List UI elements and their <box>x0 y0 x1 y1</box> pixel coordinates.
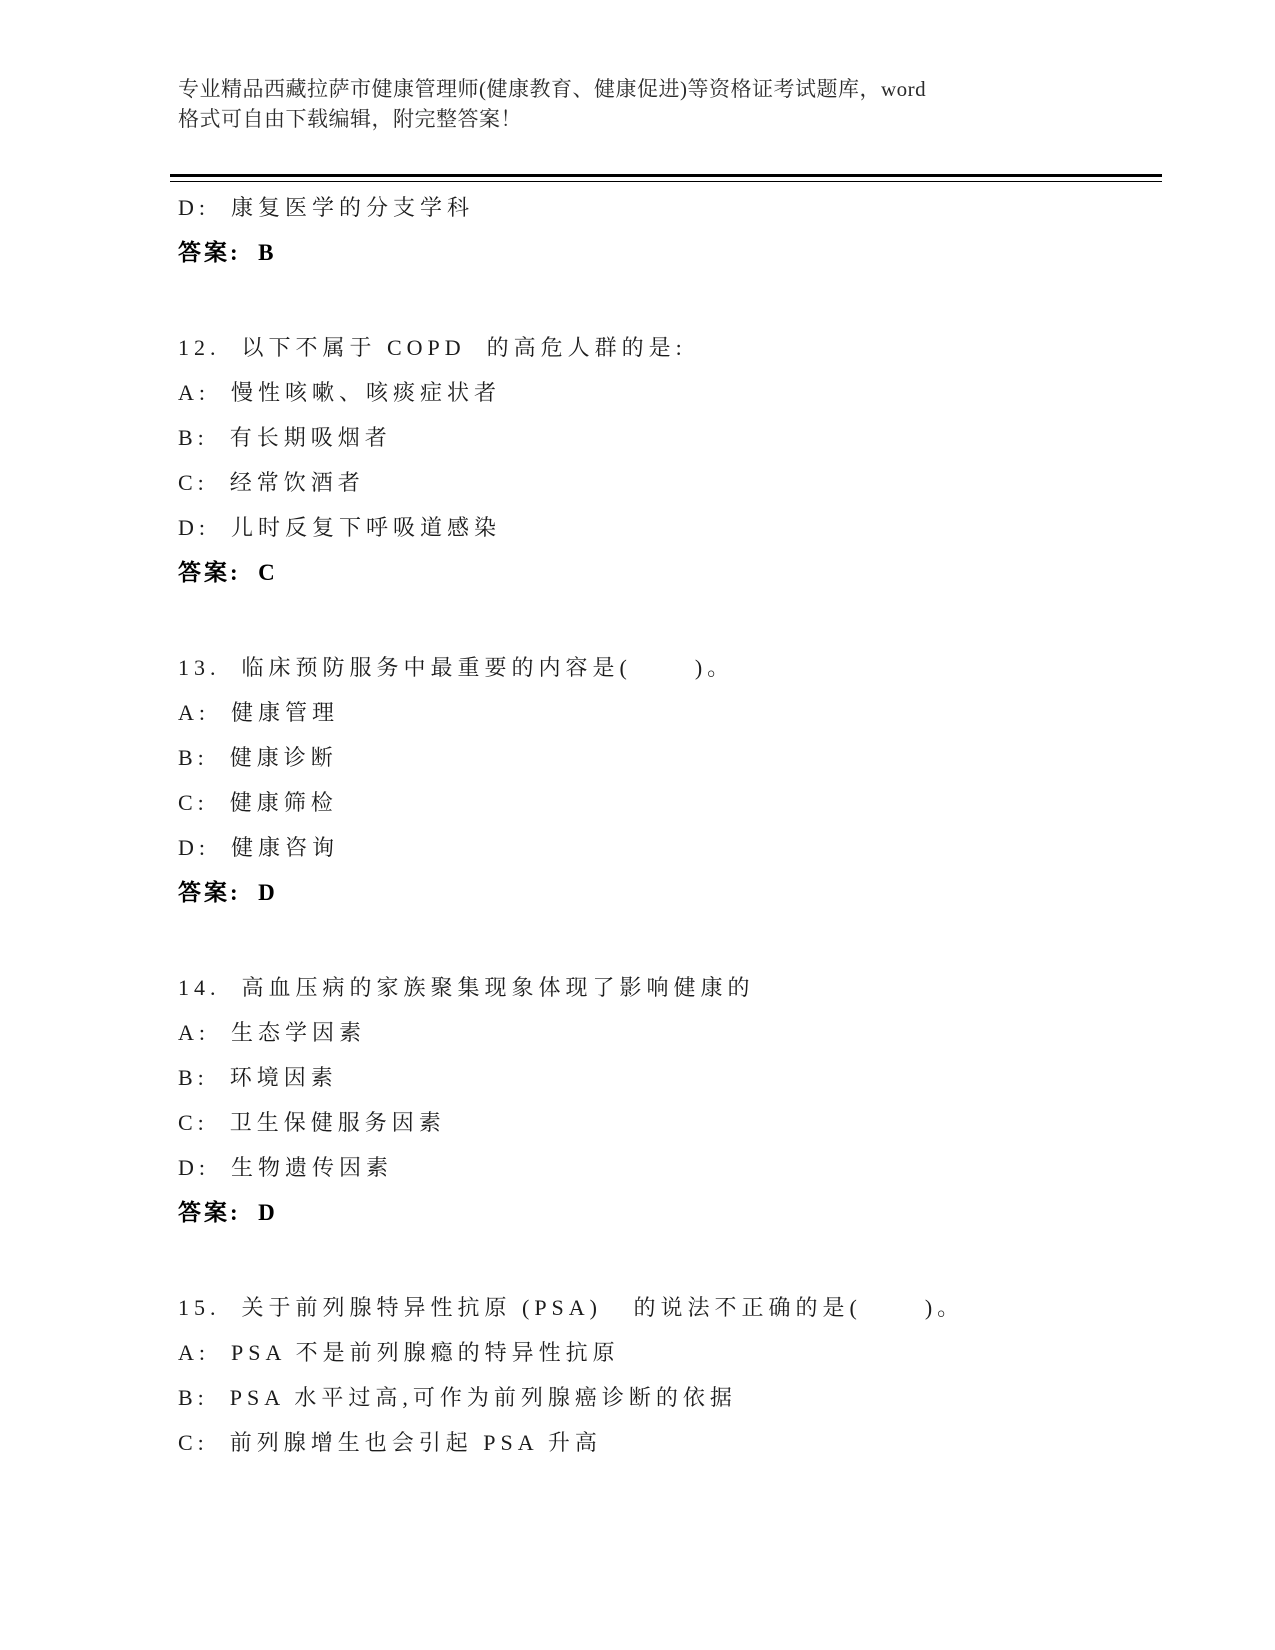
option-line-d: D: 儿时反复下呼吸道感染 <box>178 505 1198 550</box>
option-line-b: B: 健康诊断 <box>178 735 1198 780</box>
option-line-c: C: 前列腺增生也会引起 PSA 升高 <box>178 1420 1198 1465</box>
question-block-15: 15. 关于前列腺特异性抗原 (PSA) 的说法不正确的是( )。 A: PSA… <box>178 1285 1198 1465</box>
question-block-13: 13. 临床预防服务中最重要的内容是( )。 A: 健康管理 B: 健康诊断 C… <box>178 645 1198 915</box>
question-block-14: 14. 高血压病的家族聚集现象体现了影响健康的 A: 生态学因素 B: 环境因素… <box>178 965 1198 1235</box>
document-page: 专业精品西藏拉萨市健康管理师(健康教育、健康促进)等资格证考试题库，word 格… <box>0 0 1275 1650</box>
question-stem: 14. 高血压病的家族聚集现象体现了影响健康的 <box>178 965 1198 1010</box>
option-line-c: C: 经常饮酒者 <box>178 460 1198 505</box>
option-line-a: A: PSA 不是前列腺瘾的特异性抗原 <box>178 1330 1198 1375</box>
carryover-block: D: 康复医学的分支学科 答案: B <box>178 185 1198 275</box>
answer-line: 答案: C <box>178 550 1198 595</box>
option-line-a: A: 健康管理 <box>178 690 1198 735</box>
paragraph-spacer <box>178 275 1198 325</box>
option-line-d: D: 生物遗传因素 <box>178 1145 1198 1190</box>
document-body: D: 康复医学的分支学科 答案: B 12. 以下不属于 COPD 的高危人群的… <box>178 185 1198 1465</box>
answer-line: 答案: D <box>178 1190 1198 1235</box>
option-line-a: A: 慢性咳嗽、咳痰症状者 <box>178 370 1198 415</box>
carryover-answer-line: 答案: B <box>178 230 1198 275</box>
option-line-c: C: 卫生保健服务因素 <box>178 1100 1198 1145</box>
paragraph-spacer <box>178 915 1198 965</box>
option-line-b: B: PSA 水平过高,可作为前列腺癌诊断的依据 <box>178 1375 1198 1420</box>
question-stem: 15. 关于前列腺特异性抗原 (PSA) 的说法不正确的是( )。 <box>178 1285 1198 1330</box>
option-line-c: C: 健康筛检 <box>178 780 1198 825</box>
paragraph-spacer <box>178 1235 1198 1285</box>
question-stem: 12. 以下不属于 COPD 的高危人群的是: <box>178 325 1198 370</box>
option-line-d: D: 健康咨询 <box>178 825 1198 870</box>
header-line-2: 格式可自由下载编辑，附完整答案！ <box>178 104 1168 134</box>
question-block-12: 12. 以下不属于 COPD 的高危人群的是: A: 慢性咳嗽、咳痰症状者 B:… <box>178 325 1198 595</box>
header-divider <box>170 174 1162 182</box>
paragraph-spacer <box>178 595 1198 645</box>
answer-line: 答案: D <box>178 870 1198 915</box>
option-line-b: B: 有长期吸烟者 <box>178 415 1198 460</box>
header-line-1: 专业精品西藏拉萨市健康管理师(健康教育、健康促进)等资格证考试题库，word <box>178 74 1168 104</box>
option-line-a: A: 生态学因素 <box>178 1010 1198 1055</box>
page-header: 专业精品西藏拉萨市健康管理师(健康教育、健康促进)等资格证考试题库，word 格… <box>178 74 1168 134</box>
carryover-option-d: D: 康复医学的分支学科 <box>178 185 1198 230</box>
question-stem: 13. 临床预防服务中最重要的内容是( )。 <box>178 645 1198 690</box>
option-line-b: B: 环境因素 <box>178 1055 1198 1100</box>
